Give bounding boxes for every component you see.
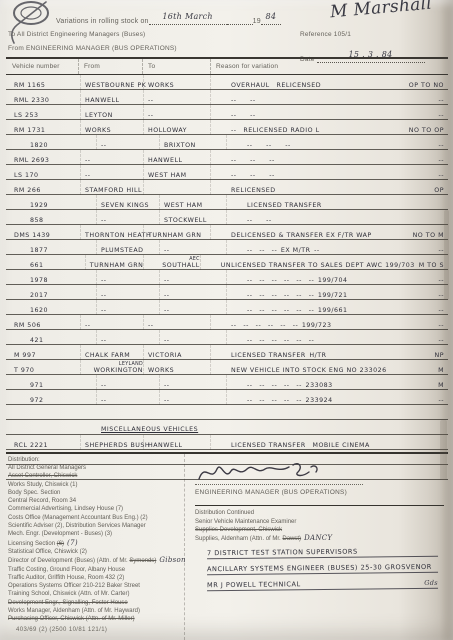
from-cell: Works: [80, 120, 143, 135]
status-code: M: [434, 367, 444, 374]
table-row: 1978------ -- -- -- -- -- 199/704--: [6, 270, 448, 285]
table-body: RM 1165Westbourne PkWorksOverhaul Relice…: [6, 75, 448, 480]
distribution-item: Director of Development (Buses) (Attn. o…: [8, 556, 182, 565]
distribution-item: Works Study, Chiswick (1): [8, 481, 182, 489]
rolling-stock-table: Vehicle number From To Reason for variat…: [6, 57, 448, 480]
title-year-handwritten: 84: [265, 12, 276, 21]
distribution-continued-label: Distribution Continued: [195, 509, 444, 518]
reason-text: -- Relicensed Radio L: [231, 127, 320, 134]
table-row: M 997Chalk FarmVictoriaLicensed Transfer…: [6, 345, 448, 360]
status-code: --: [434, 322, 444, 329]
to-cell: Works: [143, 360, 210, 375]
reason-cell: Licensed Transfer: [226, 195, 448, 210]
distribution-item: Senior Vehicle Maintenance Examiner: [195, 518, 444, 526]
table-row: LS 170--West Ham-- -- ----: [6, 165, 448, 180]
vehicle-number-cell: 1877: [6, 240, 96, 255]
handwritten-notes: 7 District Test Station SupervisorsAncil…: [195, 548, 444, 590]
reason-cell: -- ----: [210, 105, 448, 120]
note-suffix: Gds: [424, 579, 438, 587]
scan-artifact: [444, 210, 449, 300]
print-code: 403/69 (2) (2500 10/81 121/1): [16, 627, 107, 633]
from-cell: --: [80, 150, 143, 165]
from-cell: --: [96, 135, 159, 150]
from-cell: Plumstead: [96, 240, 159, 255]
status-code: --: [434, 337, 444, 344]
from-cell: Westbourne Pk: [80, 75, 143, 90]
distribution-item: Works Manager, Aldenham (Attn. of Mr. Ha…: [8, 607, 182, 615]
reason-text: -- -- -- -- -- 233083: [247, 382, 333, 389]
from-cell: Turnham Grn: [85, 255, 143, 270]
table-row: RCL 2221Shepherds BushHanwellLicensed Tr…: [6, 435, 448, 450]
vehicle-number-cell: DMS 1439: [6, 225, 80, 240]
distribution-item: Traffic Auditor, Griffith House, Room 43…: [8, 574, 182, 582]
distribution-label: Distribution:: [8, 457, 182, 463]
from-cell: --: [96, 300, 159, 315]
reason-text: -- -- --: [247, 142, 291, 149]
status-code: --: [434, 172, 444, 179]
reason-text: New Vehicle into Stock Eng No 233026: [231, 367, 387, 374]
table-row: RM 1165Westbourne PkWorksOverhaul Relice…: [6, 75, 448, 90]
col-header-reason: Reason for variation: [210, 59, 448, 74]
col-header-from: From: [78, 59, 142, 74]
status-code: --: [434, 142, 444, 149]
to-cell: --: [159, 330, 226, 345]
from-cell: --: [80, 165, 143, 180]
table-row: 1877Plumstead---- -- -- Ex M/TR ----: [6, 240, 448, 255]
from-cell: --: [96, 375, 159, 390]
handwritten-note: Ancillary Systems Engineer (Buses) 25-30…: [207, 563, 438, 575]
status-code: --: [434, 397, 444, 404]
distribution-continued-list: Senior Vehicle Maintenance ExaminerSuppl…: [195, 518, 444, 544]
to-cell: [143, 180, 210, 195]
right-column-rule: [195, 505, 444, 506]
from-cell: Seven Kings: [96, 195, 159, 210]
vehicle-number-cell: RM 506: [6, 315, 80, 330]
title-year-field: 84: [261, 6, 281, 25]
reason-cell: Licensed Transfer Mobile Cinema: [210, 435, 448, 450]
status-code: NO to M: [409, 232, 444, 239]
to-cell: Stockwell: [159, 210, 226, 225]
vehicle-number-cell: 858: [6, 210, 96, 225]
signature-dotted-line: [195, 484, 363, 485]
to-cell: West Ham: [143, 165, 210, 180]
reason-text: -- --: [247, 217, 272, 224]
reason-text: -- -- -- -- -- --: [247, 337, 314, 344]
distribution-item: Central Record, Room 34: [8, 497, 182, 505]
to-cell: AECSouthall: [143, 255, 199, 270]
signoff-signature-scribble-icon: [195, 457, 325, 487]
vehicle-number-cell: 971: [6, 375, 96, 390]
title-year-prefix: 19: [253, 18, 261, 25]
reason-cell: -- -- -- -- -- -- 199/661--: [226, 300, 448, 315]
table-row: RML 2330Hanwell---- ----: [6, 90, 448, 105]
vehicle-number-cell: LS 253: [6, 105, 80, 120]
reason-cell: Unlicensed Transfer to Sales Dept AWC 19…: [200, 255, 448, 270]
reason-cell: -- -- -- -- -- -- 199/704--: [226, 270, 448, 285]
table-row: 972------ -- -- -- -- 233924--: [6, 390, 448, 405]
vehicle-number-cell: 1929: [6, 195, 96, 210]
status-code: --: [434, 97, 444, 104]
section-label: Miscellaneous Vehicles: [101, 426, 198, 434]
col-header-vehicle-number: Vehicle number: [6, 59, 78, 74]
to-cell: West Ham: [159, 195, 226, 210]
to-cell: --: [159, 270, 226, 285]
handwritten-note: 7 District Test Station Supervisors: [207, 547, 438, 559]
table-row: 971------ -- -- -- -- 233083M: [6, 375, 448, 390]
table-row: RM 266Stamford HillRelicensedOP: [6, 180, 448, 195]
reason-cell: -- -- -- -- -- -- 199/721--: [226, 285, 448, 300]
reason-text: -- -- -- -- -- 233924: [247, 397, 333, 404]
status-code: --: [434, 157, 444, 164]
table-row: 661Turnham GrnAECSouthallUnlicensed Tran…: [6, 255, 448, 270]
vehicle-number-cell: 1820: [6, 135, 96, 150]
vehicle-number-cell: M 997: [6, 345, 80, 360]
vehicle-number-cell: 661: [6, 255, 85, 270]
scanned-memo-page: Variations in rolling stock on 16th Marc…: [0, 0, 453, 640]
reason-cell: Licensed Transfer H/TRNP: [210, 345, 448, 360]
distribution-item: Operations Systems Officer 210-212 Baker…: [8, 582, 182, 590]
status-code: --: [434, 292, 444, 299]
to-cell: --: [159, 300, 226, 315]
table-row: 2017------ -- -- -- -- -- 199/721--: [6, 285, 448, 300]
table-row: 1620------ -- -- -- -- -- 199/661--: [6, 300, 448, 315]
handwritten-note: Mr J Powell TechnicalGds: [207, 579, 438, 591]
reason-cell: -- -- -- -- -- -- 199/723--: [210, 315, 448, 330]
footer-block: Distribution: All District General Manag…: [6, 452, 448, 640]
reason-text: Licensed Transfer: [247, 202, 322, 209]
from-cell: --: [96, 330, 159, 345]
reason-cell: -- -- -- -- -- 233083M: [226, 375, 448, 390]
reason-text: -- -- -- -- -- -- 199/721: [247, 292, 348, 299]
table-row: RM 506------ -- -- -- -- -- 199/723--: [6, 315, 448, 330]
vehicle-number-cell: RML 2330: [6, 90, 80, 105]
table-row: LS 253Leyton---- ----: [6, 105, 448, 120]
distribution-right-column: ENGINEERING MANAGER (BUS OPERATIONS) Dis…: [185, 454, 448, 640]
table-header-row: Vehicle number From To Reason for variat…: [6, 59, 448, 75]
to-cell: Holloway: [143, 120, 210, 135]
status-code: --: [434, 307, 444, 314]
vehicle-number-cell: T 970: [6, 360, 80, 375]
to-cell: --: [143, 90, 210, 105]
status-code: NO to OP: [405, 127, 444, 134]
vehicle-number-cell: 421: [6, 330, 96, 345]
to-cell: --: [143, 105, 210, 120]
distribution-item: All District General Managers: [8, 464, 182, 472]
vehicle-number-cell: RM 1731: [6, 120, 80, 135]
vehicle-number-cell: LS 170: [6, 165, 80, 180]
top-signature-handwritten: M Marshall: [329, 0, 433, 22]
reason-cell: RelicensedOP: [210, 180, 448, 195]
from-cell: Leyton: [80, 105, 143, 120]
from-cell: Stamford Hill: [80, 180, 143, 195]
to-line: To All District Engineering Managers (Bu…: [8, 31, 145, 38]
table-row: 1929Seven KingsWest HamLicensed Transfer: [6, 195, 448, 210]
distribution-item: Purchasing Officer, Chiswick (Attn. of M…: [8, 615, 182, 623]
table-row: RM 1731WorksHolloway-- Relicensed Radio …: [6, 120, 448, 135]
status-code: --: [434, 247, 444, 254]
distribution-item: Development Engr., Signalling, Foster Ho…: [8, 599, 182, 607]
reason-text: -- -- -- -- -- -- 199/661: [247, 307, 348, 314]
title-date-handwritten: 16th March: [162, 12, 213, 21]
distribution-item: Mech. Engr. (Development - Buses) (3): [8, 530, 182, 538]
vehicle-number-cell: RM 1165: [6, 75, 80, 90]
vehicle-number-cell: 2017: [6, 285, 96, 300]
col-header-to: To: [142, 59, 210, 74]
distribution-item: Scientific Adviser (2), Distribution Ser…: [8, 522, 182, 530]
reason-text: Delicensed & Transfer Ex F/TR WAP: [231, 232, 372, 239]
signoff-title: ENGINEERING MANAGER (BUS OPERATIONS): [195, 489, 444, 496]
reason-text: -- -- --: [231, 157, 275, 164]
from-cell: --: [80, 315, 143, 330]
vehicle-number-cell: 1620: [6, 300, 96, 315]
distribution-item: Costs Office (Management Accountant Bus …: [8, 514, 182, 522]
distribution-item: Training School, Chiswick (Attn. of Mr. …: [8, 590, 182, 598]
from-cell: --: [96, 285, 159, 300]
handwritten-annotation: Gibson: [159, 556, 185, 564]
reason-text: Unlicensed Transfer to Sales Dept AWC 19…: [221, 262, 415, 269]
status-code: M to S: [415, 262, 444, 269]
to-cell: Hanwell: [143, 150, 210, 165]
vehicle-number-cell: RCL 2221: [6, 435, 80, 450]
status-code: --: [434, 277, 444, 284]
title-prefix: Variations in rolling stock on: [56, 18, 149, 25]
reason-cell: -- -- -- Ex M/TR ----: [226, 240, 448, 255]
reason-text: -- --: [231, 97, 256, 104]
from-cell: --: [96, 270, 159, 285]
status-code: M: [434, 382, 444, 389]
status-code: --: [434, 112, 444, 119]
from-cell: Shepherds Bush: [80, 435, 143, 450]
from-line: From ENGINEERING MANAGER (BUS OPERATIONS…: [8, 45, 177, 52]
table-row: DMS 1439Thornton HeathTurnham GrnDelicen…: [6, 225, 448, 240]
status-code: OP: [430, 187, 444, 194]
to-cell: --: [143, 315, 210, 330]
reason-cell: -- -- -- -- -- 233924--: [226, 390, 448, 405]
handwritten-annotation: DANCY: [304, 534, 332, 542]
to-cell: --: [159, 285, 226, 300]
to-cell: --: [159, 390, 226, 405]
table-row: 421------ -- -- -- -- ----: [6, 330, 448, 345]
from-cell: --: [96, 390, 159, 405]
reason-cell: -- --: [226, 210, 448, 225]
from-cell: Chalk Farm: [80, 345, 143, 360]
distribution-item: Supplies Development, Chiswick: [195, 526, 444, 534]
to-cell: Turnham Grn: [143, 225, 210, 240]
reason-text: -- -- -- Ex M/TR --: [247, 247, 320, 254]
distribution-item: Supplies, Aldenham (Attn. of Mr. Dawst)D…: [195, 534, 444, 543]
distribution-item: Statistical Office, Chiswick (2): [8, 548, 182, 556]
title-date-field: 16th March: [149, 6, 227, 25]
status-code: OP to NO: [405, 82, 444, 89]
table-row: T 970LeylandWorkingtonWorksNew Vehicle i…: [6, 360, 448, 375]
to-cell: Hanwell: [143, 435, 210, 450]
reason-cell: -- -- ----: [210, 150, 448, 165]
memo-title: Variations in rolling stock on 16th Marc…: [56, 6, 281, 25]
vehicle-number-cell: RM 266: [6, 180, 80, 195]
reason-text: Overhaul Relicensed: [231, 82, 321, 89]
reason-cell: Overhaul RelicensedOP to NO: [210, 75, 448, 90]
to-cell: Brixton: [159, 135, 226, 150]
reason-cell: -- Relicensed Radio LNO to OP: [210, 120, 448, 135]
reason-text: -- -- --: [231, 172, 275, 179]
distribution-item: Commercial Advertising, Lindsey House (7…: [8, 505, 182, 513]
to-cell: --: [159, 240, 226, 255]
from-cell: --: [96, 210, 159, 225]
table-row: RML 2693--Hanwell-- -- ----: [6, 150, 448, 165]
status-code: NP: [430, 352, 444, 359]
reason-text: Relicensed: [231, 187, 276, 194]
vehicle-number-cell: 972: [6, 390, 96, 405]
reason-text: -- -- -- -- -- -- 199/723: [231, 322, 332, 329]
reason-cell: -- -- ----: [210, 165, 448, 180]
vehicle-number-cell: RML 2693: [6, 150, 80, 165]
to-cell: --: [159, 375, 226, 390]
vehicle-number-cell: 1978: [6, 270, 96, 285]
distribution-item: Body Spec. Section: [8, 489, 182, 497]
distribution-item: Traffic Costing, Ground Floor, Albany Ho…: [8, 566, 182, 574]
handwritten-annotation: (7): [67, 539, 78, 547]
to-cell: Victoria: [143, 345, 210, 360]
distribution-left-column: Distribution: All District General Manag…: [6, 454, 185, 640]
scan-artifact: [440, 420, 447, 480]
distribution-list: All District General ManagersAsset Contr…: [8, 464, 182, 624]
distribution-item: Licensing Section (6)(7): [8, 539, 182, 548]
table-row: 858--Stockwell-- --: [6, 210, 448, 225]
from-cell: LeylandWorkington: [80, 360, 143, 375]
reason-text: -- --: [231, 112, 256, 119]
reason-text: -- -- -- -- -- -- 199/704: [247, 277, 348, 284]
from-cell: Thornton Heath: [80, 225, 143, 240]
from-cell: Hanwell: [80, 90, 143, 105]
to-cell: Works: [143, 75, 210, 90]
reason-cell: -- ----: [210, 90, 448, 105]
reason-cell: New Vehicle into Stock Eng No 233026M: [210, 360, 448, 375]
reason-cell: -- -- -- -- -- ----: [226, 330, 448, 345]
section-row: Miscellaneous Vehicles: [6, 420, 448, 435]
table-row: 1820--Brixton-- -- ----: [6, 135, 448, 150]
reason-text: Licensed Transfer Mobile Cinema: [231, 442, 370, 449]
reason-cell: Delicensed & Transfer Ex F/TR WAPNO to M: [210, 225, 448, 240]
blank-row: [6, 405, 448, 420]
distribution-item: Asset Controller, Chiswick: [8, 472, 182, 480]
reason-cell: -- -- ----: [226, 135, 448, 150]
reference-line: Reference 105/1: [300, 31, 351, 38]
reason-text: Licensed Transfer H/TR: [231, 352, 326, 359]
